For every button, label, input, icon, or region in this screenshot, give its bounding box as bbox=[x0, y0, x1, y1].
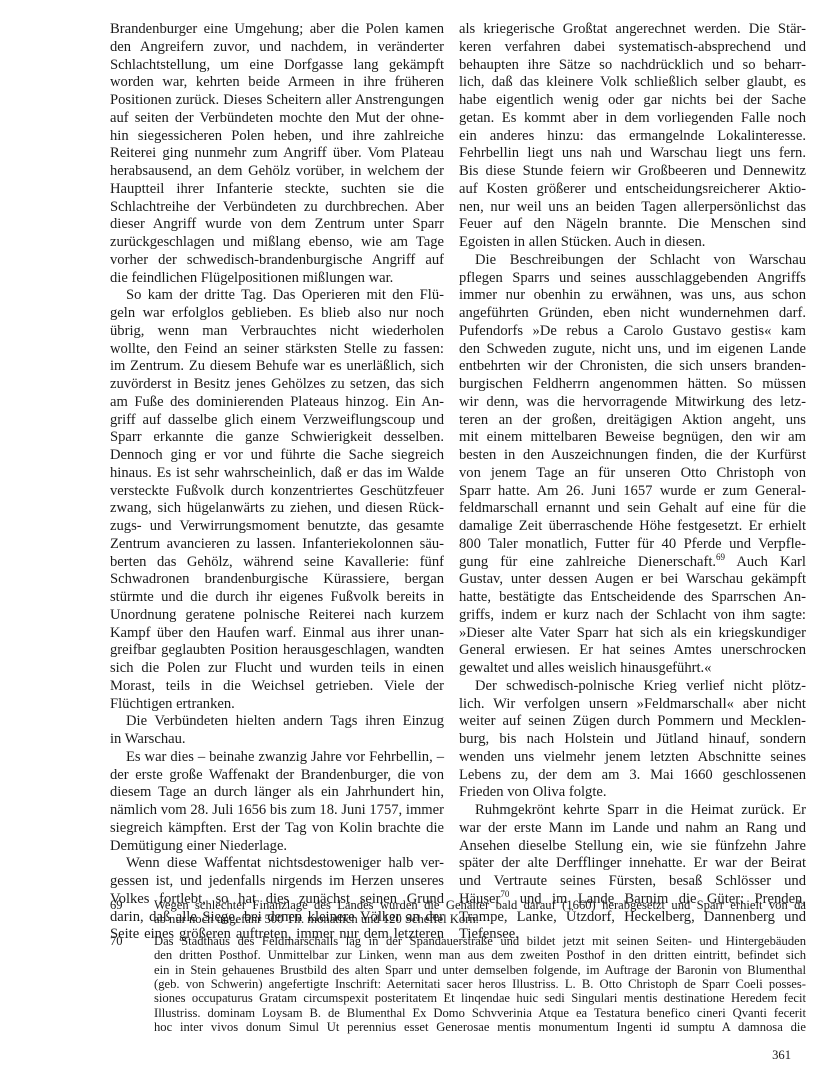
text-line: stürmte und die durch ihr eigenes Fußvol… bbox=[110, 589, 444, 607]
footnote-line: hoc inter vivos donum Simul Ut perennius… bbox=[154, 1020, 806, 1034]
text-line: Egoisten in allen Stücken. Auch in diese… bbox=[459, 234, 806, 252]
text-line: burgischen Feldherrn angenommen hätten. … bbox=[459, 376, 806, 394]
text-line: nen, nur weil uns an beiden Tagen allerp… bbox=[459, 199, 806, 217]
text-line: mit einem mittelbaren Beweise begnügen, … bbox=[459, 429, 806, 447]
text-line: immer nur obenhin zu erwähnen, was uns, … bbox=[459, 287, 806, 305]
text-line: Demütigung einer Niederlage. bbox=[110, 838, 444, 856]
footnote-line: siones occupaturus Gratam circumspexit p… bbox=[154, 991, 806, 1005]
text-line: als kriegerische Großtat angerechnet wer… bbox=[459, 21, 806, 39]
footnote-line: ab nur noch ungefähr 500 Tlr. monatlich … bbox=[154, 912, 806, 926]
footnotes: 69Wegen schlechter Finanzlage des Landes… bbox=[110, 898, 806, 1042]
text-line: hin siegessicheren Polen heben, und ihre… bbox=[110, 128, 444, 146]
text-line: Schlachtstellung, um eine Dorfgasse lang… bbox=[110, 57, 444, 75]
footnote-number: 69 bbox=[110, 898, 123, 912]
text-line: Flüchtigen ertranken. bbox=[110, 696, 444, 714]
footnote-69: 69Wegen schlechter Finanzlage des Landes… bbox=[110, 898, 806, 927]
text-line: gung für eine zahlreiche Dienerschaft.69… bbox=[459, 554, 806, 572]
book-page: Brandenburger eine Umgehung; aber die Po… bbox=[0, 0, 819, 1065]
text-line: Feuer auf den Nägeln brannte. Die Mensch… bbox=[459, 216, 806, 234]
text-line: Der schwedisch-polnische Krieg verlief n… bbox=[459, 678, 806, 696]
text-line: in Warschau. bbox=[110, 731, 444, 749]
text-line: versteckte Fußvolk durch konzentriertes … bbox=[110, 483, 444, 501]
text-line: getan. Es kommt aber in dem vorliegenden… bbox=[459, 110, 806, 128]
text-line: Schwadronen brandenburgische Kürassiere,… bbox=[110, 571, 444, 589]
text-line: Zentrum avancieren zu lassen. Infanterie… bbox=[110, 536, 444, 554]
text-line: Die Verbündeten hielten andern Tags ihre… bbox=[110, 713, 444, 731]
text-line: burg, bis nach Holstein und Jütland hina… bbox=[459, 731, 806, 749]
text-line: zurückgeschlagen und mißlang ebenso, wie… bbox=[110, 234, 444, 252]
text-line: besten in den Auszeichnungen finden, die… bbox=[459, 447, 806, 465]
text-line: So kam der dritte Tag. Das Operieren mit… bbox=[110, 287, 444, 305]
text-line: gessen ist, und jedenfalls nirgends im H… bbox=[110, 873, 444, 891]
text-line: auf Kosten größerer und entscheidungsrei… bbox=[459, 181, 806, 199]
text-line: wenden uns vielmehr jenem letzten Abschn… bbox=[459, 749, 806, 767]
text-line: später der alte Derfflinger innehatte. E… bbox=[459, 855, 806, 873]
text-line: herabsausend, an dem Gehölz vorüber, in … bbox=[110, 163, 444, 181]
text-line: gewaltet und alles weislich hinausgeführ… bbox=[459, 660, 806, 678]
text-line: von jenem Tage an für unseren Otto Chris… bbox=[459, 465, 806, 483]
text-line: diesem Tage an durch länger als ein Jahr… bbox=[110, 784, 444, 802]
text-line: »Dieser alte Vater Sparr hat sich als ei… bbox=[459, 625, 806, 643]
text-line: dieser Angriff wurde von dem Zentrum unt… bbox=[110, 216, 444, 234]
text-line: geln war erfolglos geblieben. Es blieb a… bbox=[110, 305, 444, 323]
text-line: Ruhmgekrönt kehrte Sparr in die Heimat z… bbox=[459, 802, 806, 820]
text-line: im Zentrum. Zu diesem Behufe war es uner… bbox=[110, 358, 444, 376]
footnote-line: ein in Stein gehauenes Brustbild des alt… bbox=[154, 963, 806, 977]
text-line: Es war dies – beinahe zwanzig Jahre vor … bbox=[110, 749, 444, 767]
text-line: 800 Taler monatlich, Futter für 40 Pferd… bbox=[459, 536, 806, 554]
page-number: 361 bbox=[772, 1048, 791, 1062]
text-line: wir denn, was die hervorragende Mitwirku… bbox=[459, 394, 806, 412]
text-line: griffs, indem er kurz nach der Schlacht … bbox=[459, 607, 806, 625]
text-line: hinaus. Es ist sehr wahrscheinlich, daß … bbox=[110, 465, 444, 483]
text-line: angeführten Gründen, eben nicht wunderne… bbox=[459, 305, 806, 323]
text-line: greifbar geglaubten Position herausgesch… bbox=[110, 642, 444, 660]
text-line: worden war, kehrten beide Armeen in ihre… bbox=[110, 74, 444, 92]
text-line: die feindlichen Flügelpositionen mißlung… bbox=[110, 270, 444, 288]
text-line: ein anderes hinzu: das ermangelnde Lokal… bbox=[459, 128, 806, 146]
text-line: General erwiesen. Er hat seines Amtes un… bbox=[459, 642, 806, 660]
text-line: war der erste Mann im Lande und nahm an … bbox=[459, 820, 806, 838]
text-line: nämlich vom 28. Juli 1656 bis zum 18. Ju… bbox=[110, 802, 444, 820]
text-line: Positionen zurück. Dieses Scheitern alle… bbox=[110, 92, 444, 110]
text-line: Kampf über den Haufen warf. Einmal aus i… bbox=[110, 625, 444, 643]
text-line: berten das Gehölz, während seine Kavalle… bbox=[110, 554, 444, 572]
footnote-number: 70 bbox=[110, 934, 123, 948]
footnote-70: 70Das Stadthaus des Feldmarschalls lag i… bbox=[110, 934, 806, 1035]
text-line: Brandenburger eine Umgehung; aber die Po… bbox=[110, 21, 444, 39]
text-line: lich. Wir verfolgen unsern »Feldmarschal… bbox=[459, 696, 806, 714]
text-line: wollte, den Feind an seiner stärksten St… bbox=[110, 341, 444, 359]
text-line: Pufendorfs »De rebus a Carolo Gustavo ge… bbox=[459, 323, 806, 341]
text-line: Unordnung geratene polnische Reiterei na… bbox=[110, 607, 444, 625]
text-line: Die Beschreibungen der Schlacht von Wars… bbox=[459, 252, 806, 270]
text-line: den Schweden zugute, nicht uns, und im e… bbox=[459, 341, 806, 359]
text-line: Reiterei ging nunmehr zum Angriff über. … bbox=[110, 145, 444, 163]
footnote-line: (geb. von Schwerin) angefertigte Inschri… bbox=[154, 977, 806, 991]
text-line: griff auf dasselbe glich einem Verzweifl… bbox=[110, 412, 444, 430]
text-line: damalige Zeit überraschende Höhe festges… bbox=[459, 518, 806, 536]
text-line: zugs- und Verwirrungsmoment benutzte, da… bbox=[110, 518, 444, 536]
text-line: am Fuße des dominierenden Plateaus hinzo… bbox=[110, 394, 444, 412]
text-line: entbehrten wir der Chronisten, die sich … bbox=[459, 358, 806, 376]
text-line: Lebens zu, der dem am 3. Mai 1660 geschl… bbox=[459, 767, 806, 785]
text-line: und Vertraute seines Fürsten, besaß Schl… bbox=[459, 873, 806, 891]
text-line: Ansehen dieselbe Stellung ein, wie sie f… bbox=[459, 838, 806, 856]
text-line: keren verfahren dabei systematisch-abspr… bbox=[459, 39, 806, 57]
text-line: pflegen Sparrs und seines ausschlaggeben… bbox=[459, 270, 806, 288]
footnote-line: den dritten Posthof. Unmittelbar zur Lin… bbox=[154, 948, 806, 962]
text-line: Gustav, unter dessen Augen er bei Warsch… bbox=[459, 571, 806, 589]
text-line: teren an der großen, dreitägigen Aktion … bbox=[459, 412, 806, 430]
text-line: auf seiten der Verbündeten mochte den Mu… bbox=[110, 110, 444, 128]
text-line: Bis diese Stunde feiern wir Großbeeren u… bbox=[459, 163, 806, 181]
text-line: übrig, wenn man Verbrauchtes nicht wiede… bbox=[110, 323, 444, 341]
text-line: Fehrbellin liegt uns nah und Warschau li… bbox=[459, 145, 806, 163]
text-line: zuvörderst in Besitz jenes Gehölzes zu s… bbox=[110, 376, 444, 394]
text-line: Dennoch ging er vor und führte die Sache… bbox=[110, 447, 444, 465]
text-line: behaupten ihre Sätze so nachdrücklich un… bbox=[459, 57, 806, 75]
text-line: lich, daß das kleinere Volk schließlich … bbox=[459, 74, 806, 92]
text-line: siegreich kämpften. Erst der Tag von Kol… bbox=[110, 820, 444, 838]
text-line: Morast, teils in die Weichsel getrieben.… bbox=[110, 678, 444, 696]
text-line: weiter auf seinen Zügen durch Pommern un… bbox=[459, 713, 806, 731]
text-line: hatte, bestätigte das Entscheidende des … bbox=[459, 589, 806, 607]
text-line: feldmarschall ernannt und sein Gehalt au… bbox=[459, 500, 806, 518]
text-line: zwang, sich hügelanwärts zu ziehen, und … bbox=[110, 500, 444, 518]
footnote-line: Das Stadthaus des Feldmarschalls lag in … bbox=[154, 934, 806, 948]
right-text-column: als kriegerische Großtat angerechnet wer… bbox=[459, 21, 806, 944]
footnote-line: Wegen schlechter Finanzlage des Landes w… bbox=[154, 898, 806, 912]
left-text-column: Brandenburger eine Umgehung; aber die Po… bbox=[110, 21, 444, 944]
text-line: sich die Polen zur Flucht und wurden tei… bbox=[110, 660, 444, 678]
text-line: Sparr erkannte die ganze Schwierigkeit d… bbox=[110, 429, 444, 447]
text-line: Sparr hatte. Am 26. Juni 1657 wurde er z… bbox=[459, 483, 806, 501]
text-line: vorher der schwedisch-brandenburgische A… bbox=[110, 252, 444, 270]
text-line: den Angreifern zuvor, und nachdem, in ve… bbox=[110, 39, 444, 57]
text-line: habe eigentlich wenig oder gar nichts be… bbox=[459, 92, 806, 110]
text-line: Hauptteil ihrer Infanterie steckte, such… bbox=[110, 181, 444, 199]
footnote-reference[interactable]: 69 bbox=[716, 552, 725, 562]
text-line: Schlachtreihe der Verbündeten zu durchbr… bbox=[110, 199, 444, 217]
text-line: Wenn diese Waffentat nichtsdestoweniger … bbox=[110, 855, 444, 873]
text-line: der erste große Waffenakt der Brandenbur… bbox=[110, 767, 444, 785]
text-line: Frieden von Oliva folgte. bbox=[459, 784, 806, 802]
footnote-line: Illustriss. dominam Loysam B. de Blument… bbox=[154, 1006, 806, 1020]
